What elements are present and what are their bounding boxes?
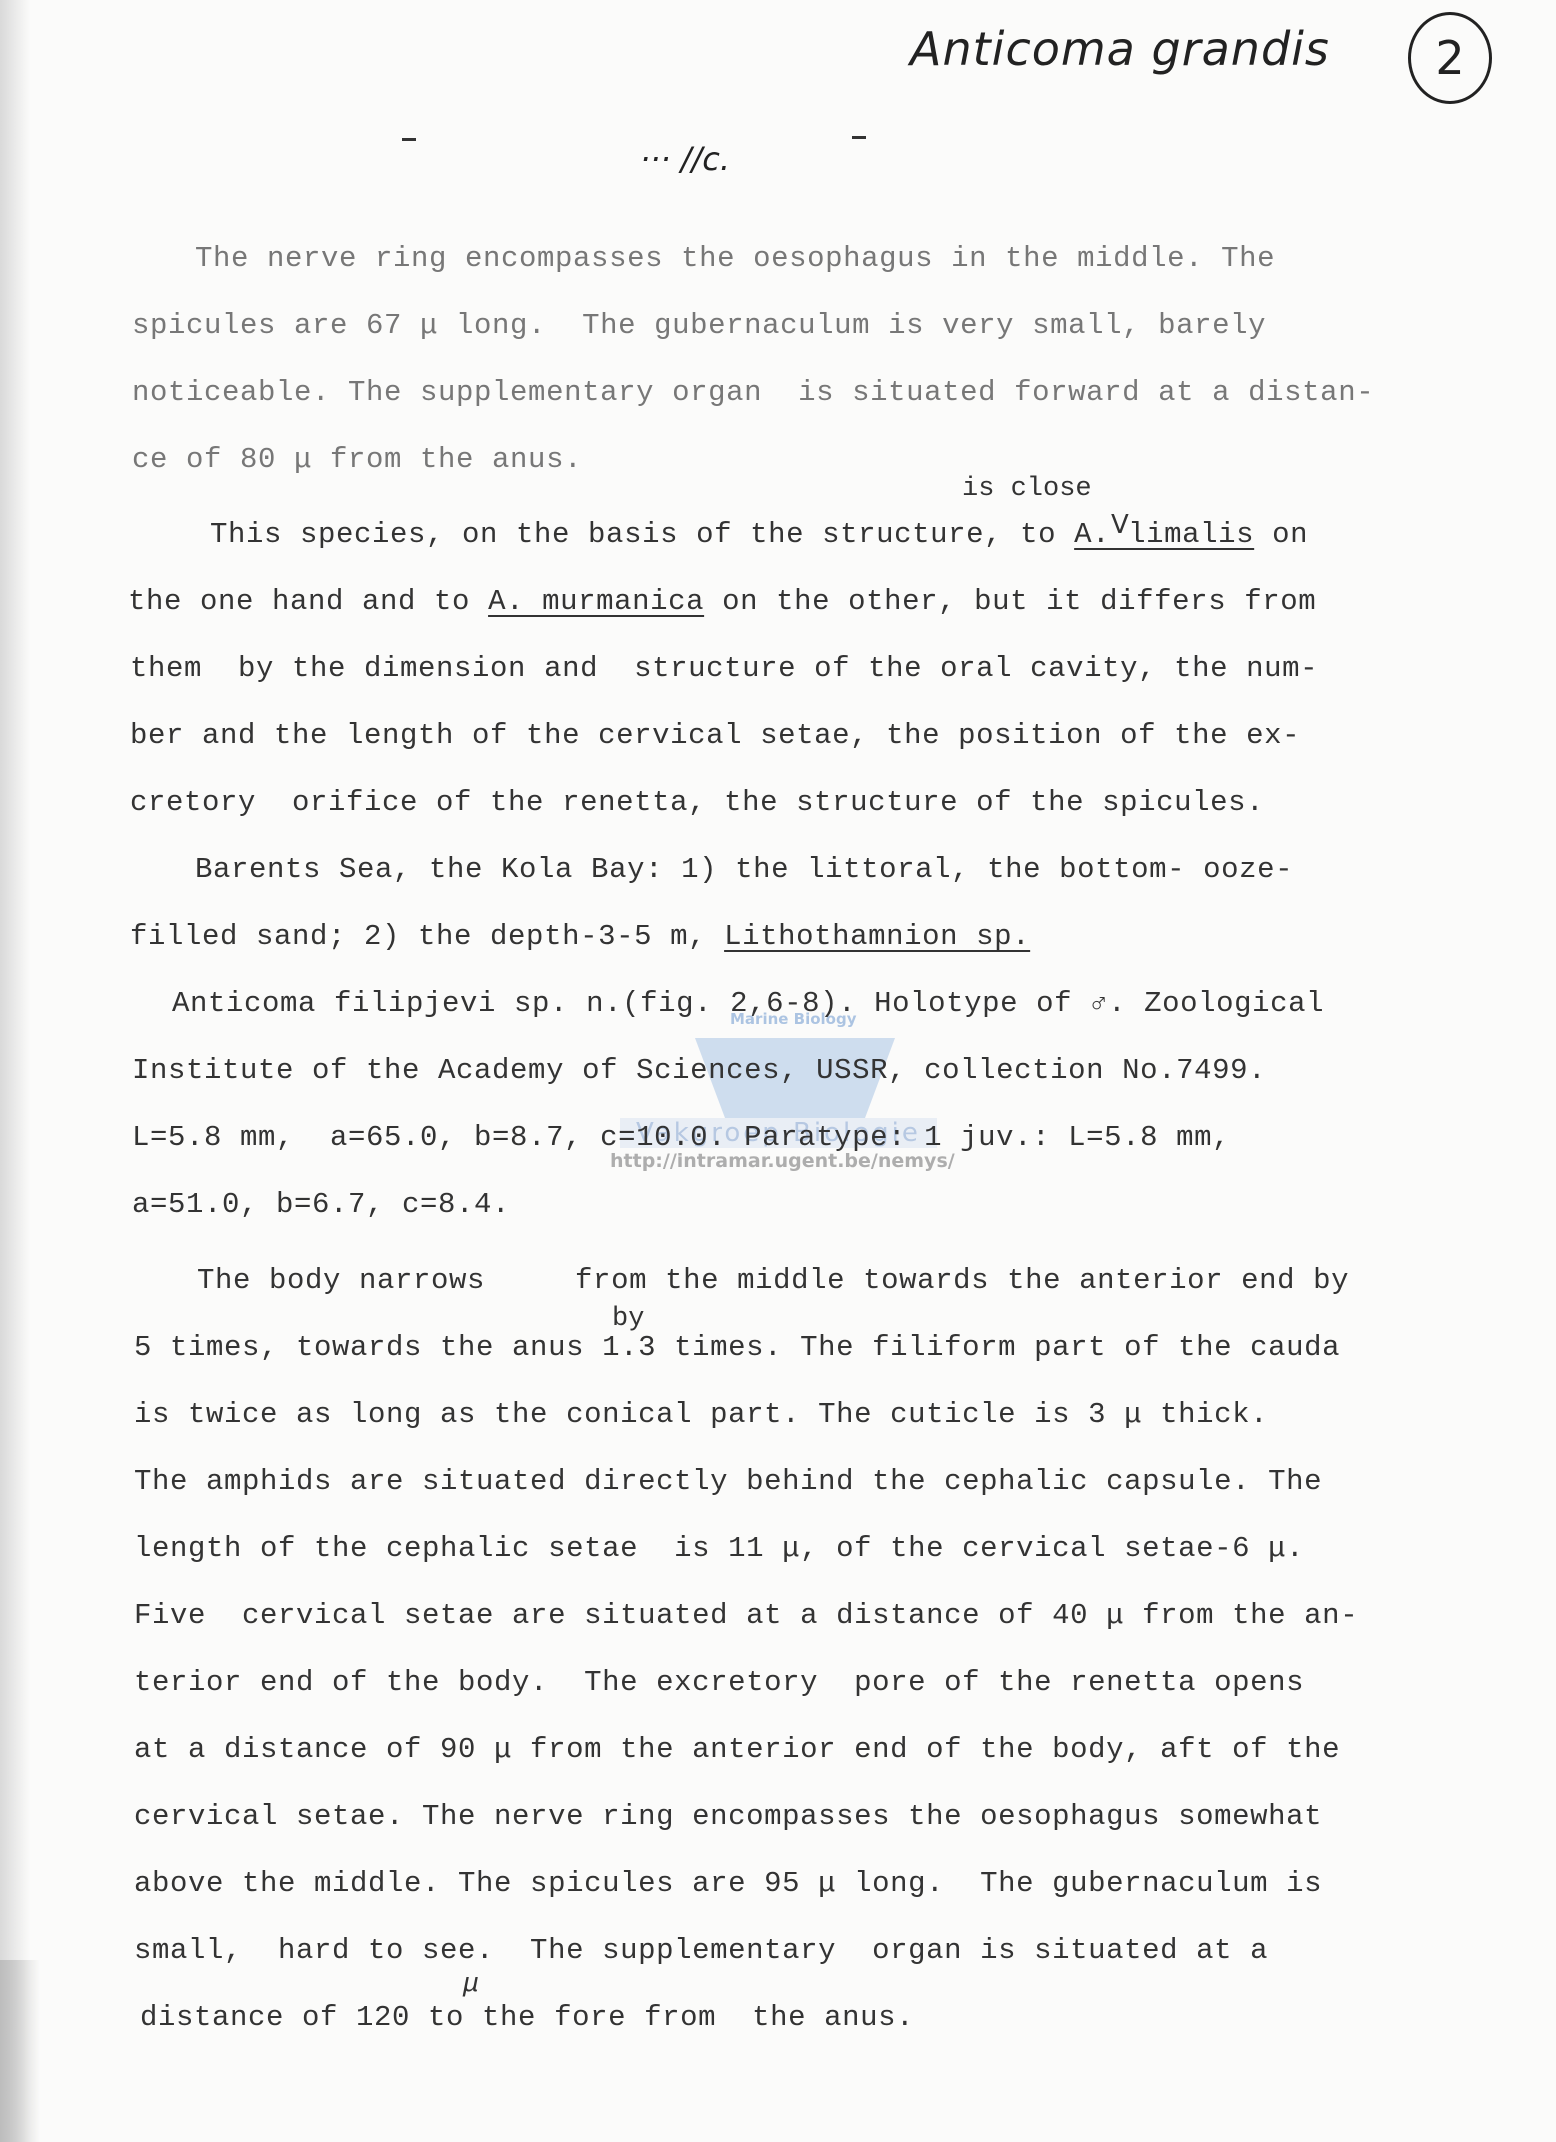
text-line: is twice as long as the conical part. Th… xyxy=(134,1398,1268,1431)
text-line: cretory orifice of the renetta, the stru… xyxy=(130,786,1264,819)
text-line: Five cervical setae are situated at a di… xyxy=(134,1599,1358,1632)
page-edge-shadow xyxy=(0,0,30,2142)
text-segment: filled sand; 2) the depth-3-5 m, xyxy=(130,920,724,953)
text-line: length of the cephalic setae is 11 μ, of… xyxy=(134,1532,1304,1565)
text-segment: on xyxy=(1254,518,1308,551)
species-name-lithothamnion: Lithothamnion sp. xyxy=(724,920,1030,953)
text-line: ce of 80 μ from the anus. xyxy=(132,443,582,476)
text-line: noticeable. The supplementary organ is s… xyxy=(132,376,1374,409)
dash-mark-right xyxy=(852,136,866,139)
text-line: This species, on the basis of the struct… xyxy=(210,518,1308,551)
text-line: The nerve ring encompasses the oesophagu… xyxy=(195,242,1275,275)
text-line: The amphids are situated directly behind… xyxy=(134,1465,1322,1498)
text-line: at a distance of 90 μ from the anterior … xyxy=(134,1733,1340,1766)
text-line: them by the dimension and structure of t… xyxy=(130,652,1318,685)
page-edge-shadow-bottom xyxy=(0,1960,40,2142)
text-line: terior end of the body. The excretory po… xyxy=(134,1666,1304,1699)
text-line: the one hand and to A. murmanica on the … xyxy=(128,585,1316,618)
handwritten-insertion-mu: μ xyxy=(463,1970,479,2000)
dash-mark-left xyxy=(402,138,416,141)
text-line: above the middle. The spicules are 95 μ … xyxy=(134,1867,1322,1900)
species-name-murmanica: A. murmanica xyxy=(488,585,704,618)
text-segment: This species, on the basis of the struct… xyxy=(210,518,1074,551)
text-line: filled sand; 2) the depth-3-5 m, Lithoth… xyxy=(130,920,1030,953)
page-number: 2 xyxy=(1435,31,1464,85)
text-line: distance of 120 to the fore from the anu… xyxy=(140,2001,914,2034)
text-line: Anticoma filipjevi sp. n.(fig. 2,6-8). H… xyxy=(172,987,1324,1020)
text-segment: the one hand and to xyxy=(128,585,488,618)
text-line: The body narrows from the middle towards… xyxy=(197,1264,1349,1297)
text-line: Institute of the Academy of Sciences, US… xyxy=(132,1054,1266,1087)
text-line: 5 times, towards the anus 1.3 times. The… xyxy=(134,1331,1340,1364)
text-line: a=51.0, b=6.7, c=8.4. xyxy=(132,1188,510,1221)
species-name-limalis: A. limalis xyxy=(1074,518,1254,551)
text-line: ber and the length of the cervical setae… xyxy=(130,719,1300,752)
handwritten-insertion-by: by xyxy=(612,1304,644,1334)
text-line: spicules are 67 μ long. The gubernaculum… xyxy=(132,309,1266,342)
text-line: small, hard to see. The supplementary or… xyxy=(134,1934,1268,1967)
handwritten-title: Anticoma grandis xyxy=(910,22,1330,76)
text-segment: on the other, but it differs from xyxy=(704,585,1316,618)
handwritten-insertion-is-close: is close xyxy=(962,474,1092,504)
page-number-circled: 2 xyxy=(1408,12,1492,104)
watermark: Marine Biology Vakgroep Biologie http://… xyxy=(610,1010,990,1180)
text-line: cervical setae. The nerve ring encompass… xyxy=(134,1800,1322,1833)
text-line: L=5.8 mm, a=65.0, b=8.7, c=10.0. Paratyp… xyxy=(132,1121,1230,1154)
insertion-caret-icon: V xyxy=(1111,510,1129,540)
handwritten-mark: ··· //c. xyxy=(640,140,730,178)
text-line: Barents Sea, the Kola Bay: 1) the littor… xyxy=(195,853,1293,886)
